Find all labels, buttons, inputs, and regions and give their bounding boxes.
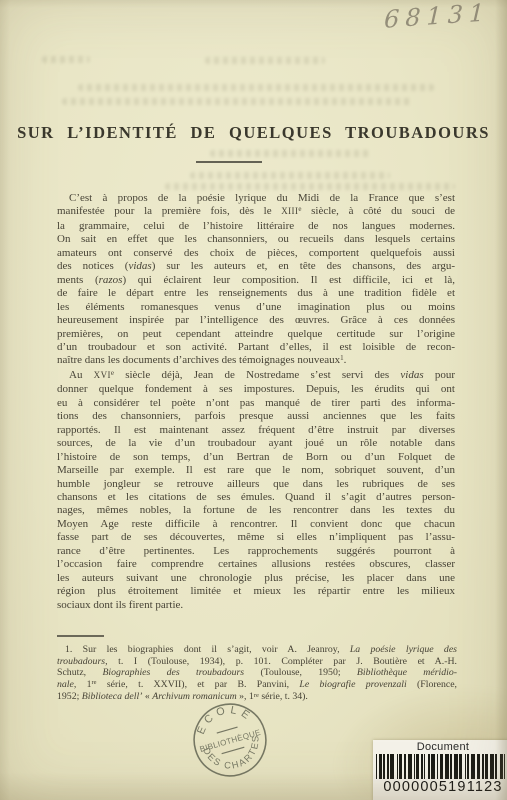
bleed-through-artifact xyxy=(42,56,90,63)
bleed-through-artifact xyxy=(205,57,325,64)
title-rule xyxy=(196,161,262,163)
text-line: C’est à propos de la poésie lyrique du M… xyxy=(57,192,455,205)
stamp-divider-top xyxy=(217,727,238,733)
text-line: l’histoire de son temps, d’un Bertran de… xyxy=(57,451,455,464)
text-line: les auteurs suivant une chronologie plus… xyxy=(57,572,455,585)
text-line: d’un troubadour et son activité. Partant… xyxy=(57,341,455,354)
text-line: les éléments romanesques venus d’une ima… xyxy=(57,301,455,314)
text-line: On sait en effet que les chansonniers, o… xyxy=(57,233,455,246)
text-line: eu à considérer tel poète n’ont pas manq… xyxy=(57,397,455,410)
text-line: humble jongleur se retrouve ailleurs que… xyxy=(57,478,455,491)
barcode-bars xyxy=(376,754,507,779)
bleed-through-artifact xyxy=(62,98,412,105)
text-line: heureusement inspirée par l’intelligence… xyxy=(57,314,455,327)
text-line: manifestée pour la première fois, dès le… xyxy=(57,205,455,219)
text-line: l’occasion faire comprendre certaines al… xyxy=(57,558,455,571)
bleed-through-artifact xyxy=(210,150,370,157)
text-line: amateurs ont conservé des choix de pièce… xyxy=(57,247,455,260)
text-line: sociaux dont ils firent partie. xyxy=(57,599,455,612)
bleed-through-artifact xyxy=(165,183,455,190)
document-page: 68131 SUR L’IDENTITÉ DE QUELQUES TROUBAD… xyxy=(0,0,507,800)
paragraph-1: C’est à propos de la poésie lyrique du M… xyxy=(57,192,455,369)
text-line: troubadours, t. I (Toulouse, 1934), p. 1… xyxy=(57,656,457,668)
text-line: premières, on peut cependant atteindre q… xyxy=(57,328,455,341)
text-line: 1. Sur les biographies dont il s’agit, v… xyxy=(57,644,457,656)
text-line: la grammaire, celui de l’histoire littér… xyxy=(57,220,455,233)
text-line: rance d’être pertinentes. Les rapprochem… xyxy=(57,545,455,558)
text-line: rapportés. Il est maintenant assez fréqu… xyxy=(57,424,455,437)
paragraph-2: Au XVIe siècle déjà, Jean de Nostredame … xyxy=(57,369,455,612)
text-line: tions des chansonniers, parfois presque … xyxy=(57,410,455,423)
bleed-through-artifact xyxy=(78,84,434,91)
bleed-through-artifact xyxy=(190,172,390,179)
text-line: chansons et les citations de ses émules.… xyxy=(57,491,455,504)
text-line: sources, de la vie d’un troubadour ayant… xyxy=(57,437,455,450)
handwritten-number: 68131 xyxy=(384,0,491,34)
text-line: Marseille par exemple. Il est rare que l… xyxy=(57,464,455,477)
barcode-title: Document xyxy=(373,741,507,753)
text-line: des notices (vidas) sur les auteurs et, … xyxy=(57,260,455,273)
barcode-label: Document 0000005191123 xyxy=(373,740,507,800)
text-line: de faire le départ entre les renseigneme… xyxy=(57,287,455,300)
page-title: SUR L’IDENTITÉ DE QUELQUES TROUBADOURS xyxy=(0,123,507,143)
body-text: C’est à propos de la poésie lyrique du M… xyxy=(57,192,455,612)
footnote-rule xyxy=(57,635,104,637)
text-line: ments (razos) qui éclairent leur composi… xyxy=(57,274,455,287)
text-line: région plus étroitement limitée et mieux… xyxy=(57,585,455,598)
barcode-number: 0000005191123 xyxy=(373,779,507,795)
text-line: Au XVIe siècle déjà, Jean de Nostredame … xyxy=(57,369,455,383)
stamp-divider-bottom xyxy=(222,747,245,753)
text-line: fasse part de ses découvertes, même si e… xyxy=(57,531,455,544)
text-line: nages, mêmes nobles, la fortune de les r… xyxy=(57,504,455,517)
text-line: donner quelque fondement à ses imposture… xyxy=(57,383,455,396)
text-line: Moyen Age reste difficile à rencontrer. … xyxy=(57,518,455,531)
text-line: naître dans les documents d’archives des… xyxy=(57,354,455,368)
